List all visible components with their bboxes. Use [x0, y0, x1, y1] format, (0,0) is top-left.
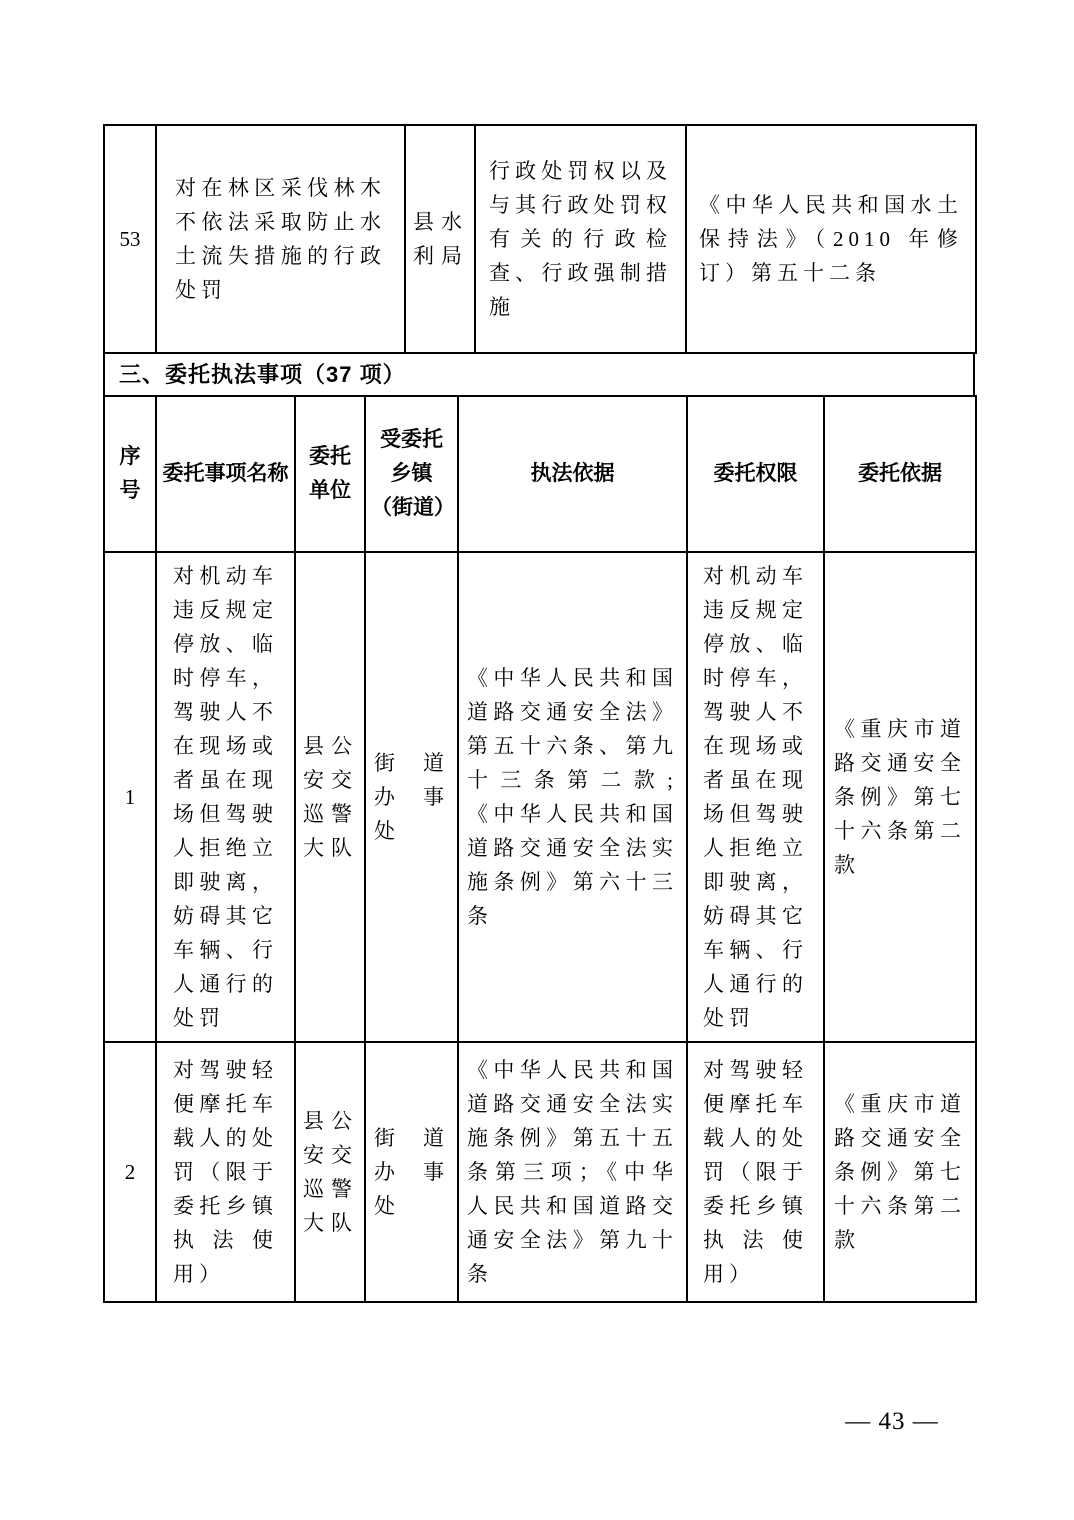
document-body: 53 对在林区采伐林木不依法采取防止水土流失措施的行政处罚 县水利局 行政处罚权…: [103, 124, 975, 1303]
unit-cell: 县水利局: [405, 125, 475, 353]
header-unit: 委托单位: [295, 396, 365, 552]
township-cell: 街道办事处: [365, 1042, 458, 1302]
seq-cell: 2: [104, 1042, 156, 1302]
table-row: 53 对在林区采伐林木不依法采取防止水土流失措施的行政处罚 县水利局 行政处罚权…: [104, 125, 976, 353]
header-law-basis: 执法依据: [458, 396, 687, 552]
delegate-basis-cell: 《重庆市道路交通安全条例》第七十六条第二款: [824, 552, 976, 1042]
header-seq: 序号: [104, 396, 156, 552]
law-basis-cell: 《中华人民共和国道路交通安全法实施条例》第五十五条第三项；《中华人民共和国道路交…: [458, 1042, 687, 1302]
matter-name-cell: 对机动车违反规定停放、临时停车，驾驶人不在现场或者虽在现场但驾驶人拒绝立即驶离，…: [156, 552, 295, 1042]
power-cell: 对驾驶轻便摩托车载人的处罚（限于委托乡镇执法使用）: [687, 1042, 824, 1302]
delegate-basis-cell: 《重庆市道路交通安全条例》第七十六条第二款: [824, 1042, 976, 1302]
matter-name-cell: 对驾驶轻便摩托车载人的处罚（限于委托乡镇执法使用）: [156, 1042, 295, 1302]
section-title: 三、委托执法事项（37 项）: [103, 352, 975, 397]
power-cell: 行政处罚权以及与其行政处罚权有关的行政检查、行政强制措施: [475, 125, 686, 353]
table-row: 2 对驾驶轻便摩托车载人的处罚（限于委托乡镇执法使用） 县公安交巡警大队 街道办…: [104, 1042, 976, 1302]
page-number: — 43 —: [812, 1408, 972, 1436]
township-cell: 街道办事处: [365, 552, 458, 1042]
table-row: 1 对机动车违反规定停放、临时停车，驾驶人不在现场或者虽在现场但驾驶人拒绝立即驶…: [104, 552, 976, 1042]
law-basis-cell: 《中华人民共和国道路交通安全法》第五十六条、第九十三条第二款;《中华人民共和国道…: [458, 552, 687, 1042]
unit-cell: 县公安交巡警大队: [295, 552, 365, 1042]
header-delegate-basis: 委托依据: [824, 396, 976, 552]
unit-cell: 县公安交巡警大队: [295, 1042, 365, 1302]
legal-basis-cell: 《中华人民共和国水土保持法》（2010 年修订）第五十二条: [686, 125, 976, 353]
upper-table: 53 对在林区采伐林木不依法采取防止水土流失措施的行政处罚 县水利局 行政处罚权…: [103, 124, 977, 354]
matter-name-cell: 对在林区采伐林木不依法采取防止水土流失措施的行政处罚: [156, 125, 405, 353]
seq-cell: 1: [104, 552, 156, 1042]
power-cell: 对机动车违反规定停放、临时停车，驾驶人不在现场或者虽在现场但驾驶人拒绝立即驶离，…: [687, 552, 824, 1042]
header-matter-name: 委托事项名称: [156, 396, 295, 552]
header-power: 委托权限: [687, 396, 824, 552]
header-row: 序号 委托事项名称 委托单位 受委托乡镇（街道） 执法依据 委托权限 委托依据: [104, 396, 976, 552]
header-township: 受委托乡镇（街道）: [365, 396, 458, 552]
seq-cell: 53: [104, 125, 156, 353]
delegation-table: 序号 委托事项名称 委托单位 受委托乡镇（街道） 执法依据 委托权限 委托依据 …: [103, 395, 977, 1303]
